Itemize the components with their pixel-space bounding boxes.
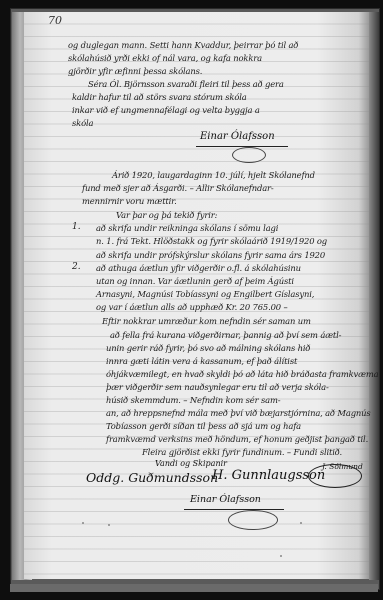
minutes-heading-line: mennirnir voru mættir. xyxy=(82,196,177,207)
item-line: Arnasyni, Magnúsi Tobíassyni og Engilber… xyxy=(96,289,314,300)
item-number: 2. xyxy=(72,262,81,272)
signature-oddg-gudmundsson: Oddg. Guðmundsson xyxy=(86,470,218,485)
paper-speck xyxy=(280,555,282,557)
signature-flourish xyxy=(232,147,266,163)
paper-speck xyxy=(82,522,84,524)
signature-flourish xyxy=(308,464,362,488)
continuation-line: skólahúsið yrði ekki of nál vara, og kaf… xyxy=(68,53,262,64)
item-line: húsið skemmdum. – Nefndin kom sér sam- xyxy=(106,395,280,406)
continuation-line: gjörðir yfir æfinni þessa skólans. xyxy=(68,66,202,77)
item-line: að athuga áætlun yfir viðgerðir o.fl. á … xyxy=(96,263,301,274)
item-line: innra gæti látin vera á kassanum, ef það… xyxy=(106,356,297,367)
item-number: 1. xyxy=(72,222,81,232)
signature-einar-1: Einar Ólafsson xyxy=(200,131,275,142)
item-line: n. 1. frá Tekt. Hlöðstakk og fyrir skóla… xyxy=(96,236,327,247)
continuation-line: og duglegan mann. Setti hann Kvaddur, þe… xyxy=(68,40,298,51)
minutes-heading-line: Var þar og þá tekið fyrir: xyxy=(116,210,217,221)
signature-einar-2: Einar Ólafsson xyxy=(190,494,261,505)
page-bottom-edge xyxy=(10,584,378,592)
item-line: Eftir nokkrar umræður kom nefndin sér sa… xyxy=(102,316,311,327)
minutes-heading-line: fund með sjer að Ásgarði. – Allir Skólan… xyxy=(82,183,274,194)
paper-speck xyxy=(300,522,302,524)
item-line: að skrifa undir reikninga skólans í sömu… xyxy=(96,223,278,234)
item-line: an, að hreppsnefnd mála með því við bæja… xyxy=(106,408,371,419)
minutes-heading-line: Árið 1920, laugardaginn 10. júlí, hjelt … xyxy=(112,170,315,181)
item-line: framkvæmd verksins með höndum, ef honum … xyxy=(106,434,368,445)
item-line: unin gerir ráð fyrir, þó svo að málning … xyxy=(106,343,310,354)
continuation-line: skóla xyxy=(72,118,93,129)
continuation-line: Séra Ól. Björnsson svaraði fleiri til þe… xyxy=(88,79,284,90)
item-line: að skrifa undir prófskýrslur skólans fyr… xyxy=(96,250,325,261)
page-edge-shadow xyxy=(369,12,379,580)
item-line: og var í áætlun alls að upphæð Kr. 20 76… xyxy=(96,302,288,313)
signature-underline xyxy=(184,509,284,510)
item-line: Tobíasson gerði síðan til þess að sjá um… xyxy=(106,421,301,432)
continuation-line: kaldir hafur til að störs svara stórum s… xyxy=(72,92,247,103)
item-line: að fella frá kurana viðgerðirnar, þannig… xyxy=(110,330,341,341)
continuation-line: inkar við ef ungmennafélagi og velta byg… xyxy=(72,105,260,116)
item-line: óhjákvæmilegt, en hvað skyldi þó að láta… xyxy=(106,369,378,380)
paper-speck xyxy=(108,524,110,526)
item-line: utan og innan. Var áætlunin gerð af þeim… xyxy=(96,276,294,287)
page-number: 70 xyxy=(48,14,62,27)
signature-line-caption: Vandi og Skipanir xyxy=(155,459,227,468)
signature-flourish xyxy=(228,510,278,530)
item-line: þær viðgerðir sem nauðsynlegar eru til a… xyxy=(106,382,329,393)
closing-line: Fleira gjörðist ekki fyrir fundinum. – F… xyxy=(142,447,342,458)
